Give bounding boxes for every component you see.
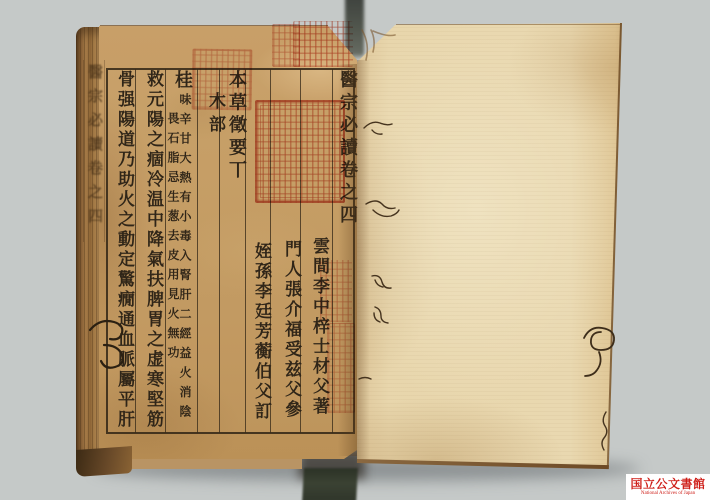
archival-book-scan: 醫宗必讀卷之四 醫宗必讀卷之四 雲間李中梓士材父著 門人張介福受兹父參 姪孫李廷… bbox=[0, 0, 710, 500]
column-rule bbox=[197, 69, 198, 433]
cover-corner bbox=[76, 446, 132, 477]
author-column-2: 門人張介福受兹父參 bbox=[279, 240, 304, 420]
right-page-top-edge bbox=[396, 24, 621, 25]
watermark-text-en: National Archives of Japan bbox=[641, 491, 695, 497]
gutter-seal-lower bbox=[327, 323, 355, 413]
author-column-3: 姪孫李廷芳蘅伯父訂 bbox=[249, 242, 274, 422]
watermark-text-jp: 国立公文書館 bbox=[630, 478, 705, 491]
library-seal-large bbox=[255, 100, 345, 203]
body-column-1: 救元陽之痼冷温中降氣扶脾胃之虚寒堅筋 bbox=[141, 70, 166, 430]
archive-watermark: 国立公文書館 National Archives of Japan bbox=[626, 474, 710, 500]
collection-seal-top-a bbox=[293, 21, 353, 67]
gutter-seal-upper bbox=[320, 260, 352, 322]
collection-seal-top-b bbox=[272, 24, 300, 67]
right-page bbox=[357, 23, 623, 469]
entry-annotation-left: 畏石脂忌生葱去皮用見火無功 bbox=[165, 112, 182, 366]
spine-title: 醫宗必讀卷之四 bbox=[85, 64, 106, 232]
book-cradle-strap-bottom bbox=[302, 468, 358, 500]
left-page-stack-edges bbox=[112, 459, 302, 469]
collection-seal-header bbox=[192, 49, 253, 111]
body-column-2: 骨强陽道乃助火之動定驚癇通血脈屬平肝 bbox=[112, 70, 137, 430]
